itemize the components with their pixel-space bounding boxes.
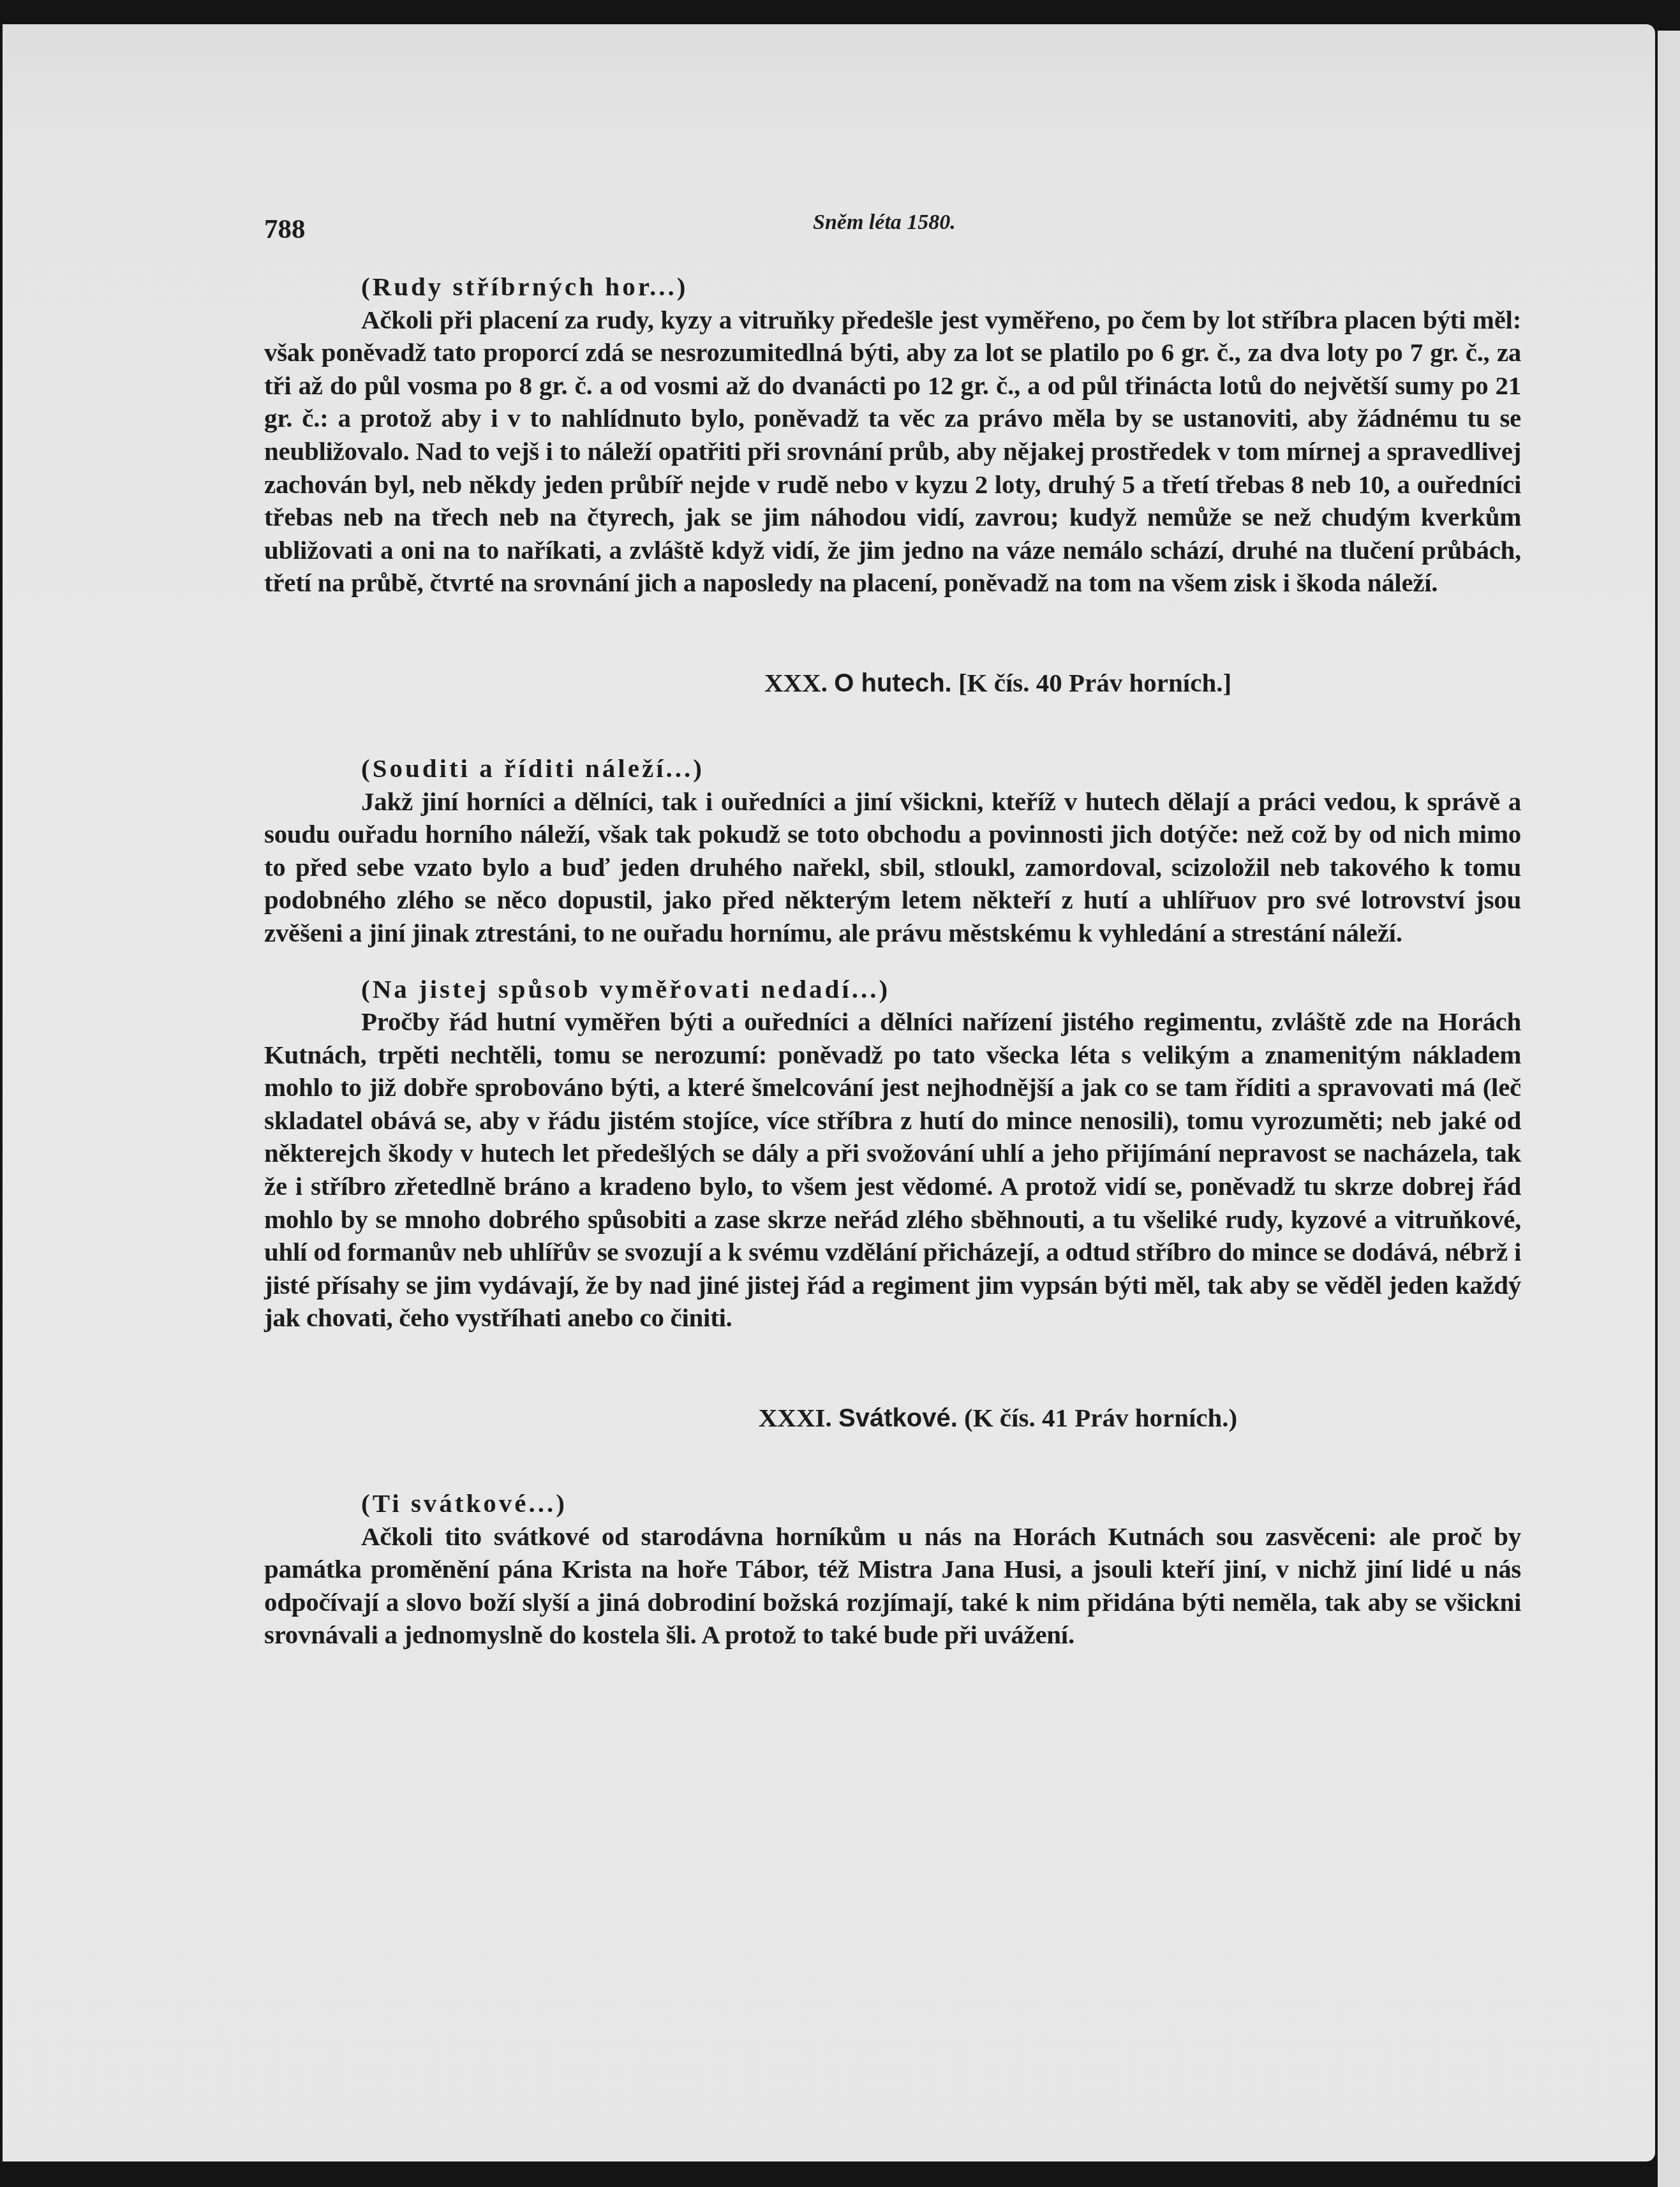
page-content: 788 Sněm léta 1580. (Rudy stříbrných hor… [264,185,1521,1652]
section-reference: (K čís. 41 Práv horních.) [964,1403,1237,1432]
section-title: Svátkové. [838,1404,958,1432]
article-na-jistej: (Na jistej spůsob vyměřovati nedadí...) … [264,973,1521,1335]
running-title: Sněm léta 1580. [813,211,956,235]
article-svatkove: (Ti svátkové...) Ačkoli tito svátkové od… [264,1487,1521,1652]
paragraph: Ačkoli při placení za rudy, kyzy a vitru… [264,304,1521,600]
marginal-note: (Souditi a říditi náleží...) [361,752,1521,785]
paragraph: Ačkoli tito svátkové od starodávna horní… [264,1520,1521,1652]
article-rudy: (Rudy stříbrných hor...) Ačkoli při plac… [264,271,1521,600]
section-title: O hutech. [834,669,951,697]
paragraph: Jakž jiní horníci a dělníci, tak i ouřed… [264,785,1521,950]
page-number: 788 [264,214,306,245]
next-page-edge [1658,31,1680,2187]
section-number: XXX. [764,668,828,697]
article-souditi: (Souditi a říditi náleží...) Jakž jiní h… [264,752,1521,950]
marginal-note: (Rudy stříbrných hor...) [361,271,1521,304]
running-head: 788 Sněm léta 1580. [264,185,1521,230]
section-heading-xxx: XXX. O hutech. [K čís. 40 Práv horních.] [264,666,1521,700]
marginal-note: (Ti svátkové...) [361,1487,1521,1520]
section-heading-xxxi: XXXI. Svátkové. (K čís. 41 Práv horních.… [264,1401,1521,1435]
paragraph: Pročby řád hutní vyměřen býti a ouředníc… [264,1005,1521,1335]
section-reference: [K čís. 40 Práv horních.] [958,668,1231,697]
section-number: XXXI. [759,1403,832,1432]
marginal-note: (Na jistej spůsob vyměřovati nedadí...) [361,973,1521,1006]
